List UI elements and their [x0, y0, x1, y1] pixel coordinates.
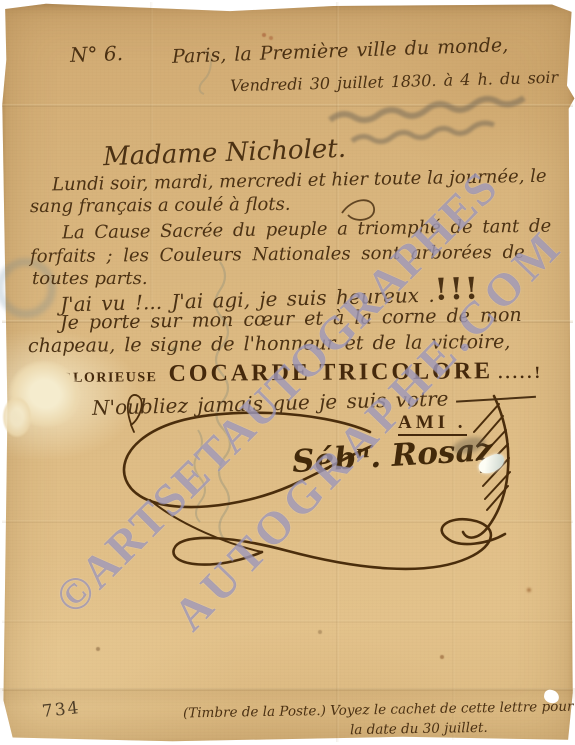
cocarde-main: COCARDE TRICOLORE — [168, 358, 493, 387]
document-number: N° 6. — [70, 41, 124, 67]
fold-crease-horizontal — [2, 104, 573, 107]
scanned-letter-page: N° 6. Paris, la Première ville du monde,… — [0, 0, 575, 745]
body-line: sang français a coulé à flots. — [30, 194, 291, 217]
pen-flourish-dash — [456, 395, 536, 402]
cocarde-suffix: .....! — [498, 363, 543, 382]
paper-damage-patch — [2, 396, 32, 438]
fold-crease-horizontal — [2, 520, 573, 523]
exclamation-marks: !!! — [434, 272, 480, 308]
ami-label: AMI . — [398, 412, 467, 434]
inventory-number: 734 — [41, 698, 81, 722]
foxing-spots — [0, 0, 4, 4]
postmark-note-line2: la date du 30 juillet. — [350, 720, 488, 738]
cocarde-line: LA GLORIEUSE COCARDE TRICOLORE .....! — [34, 358, 543, 389]
fold-crease-horizontal — [2, 620, 573, 623]
ami-text: AMI . — [398, 412, 467, 436]
body-line: forfaits ; les Couleurs Nationales sont … — [30, 242, 525, 267]
body-line: chapeau, le signe de l'honneur et de la … — [28, 331, 511, 357]
